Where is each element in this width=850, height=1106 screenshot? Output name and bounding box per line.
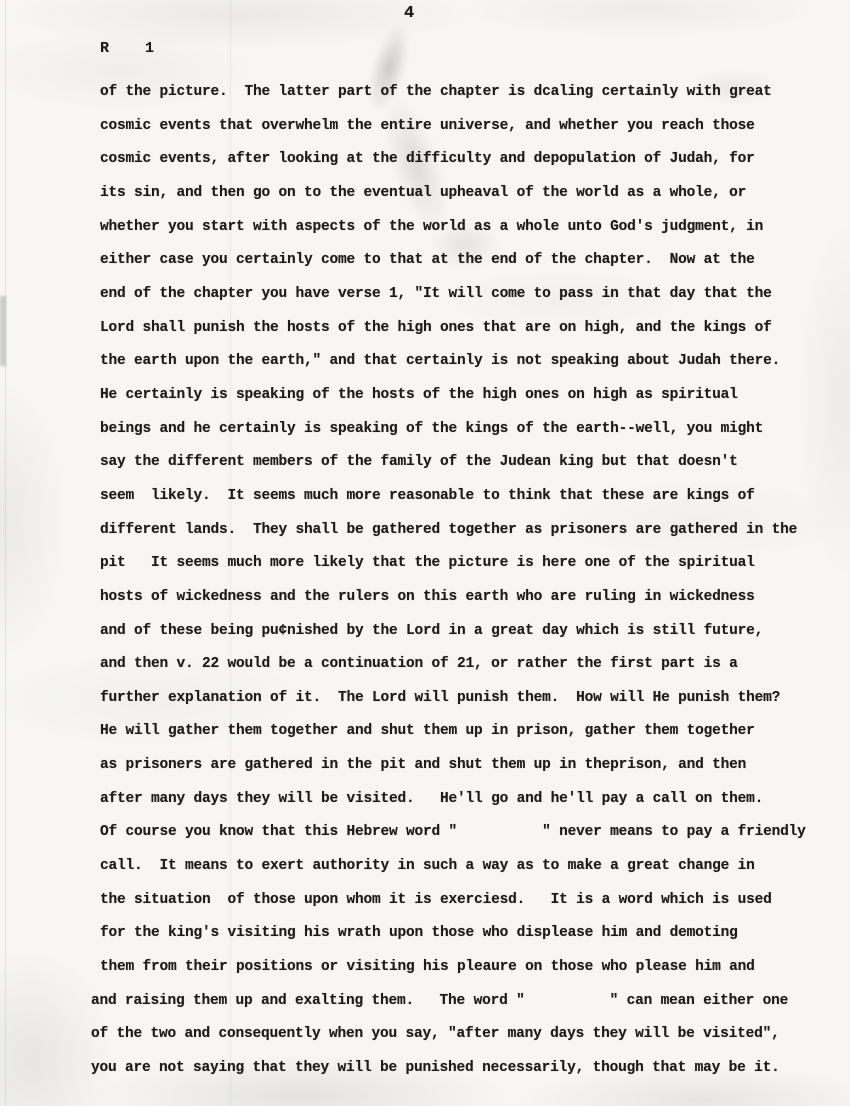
text-line: of the picture. The latter part of the c… — [100, 76, 840, 110]
typescript-header: R 1 — [100, 40, 154, 57]
document-body: of the picture. The latter part of the c… — [100, 76, 840, 1086]
text-line: end of the chapter you have verse 1, "It… — [100, 278, 840, 312]
text-line: seem likely. It seems much more reasonab… — [100, 480, 840, 514]
text-line: after many days they will be visited. He… — [100, 783, 840, 817]
edge-mark — [0, 296, 6, 366]
scan-artifact-line — [5, 0, 6, 1106]
text-line: pit It seems much more likely that the p… — [100, 547, 840, 581]
text-line: for the king's visiting his wrath upon t… — [100, 917, 840, 951]
text-line: call. It means to exert authority in suc… — [100, 850, 840, 884]
text-line: different lands. They shall be gathered … — [100, 514, 840, 548]
text-line: the earth upon the earth," and that cert… — [100, 345, 840, 379]
text-line: and raising them up and exalting them. T… — [91, 985, 840, 1019]
text-line: of the two and consequently when you say… — [91, 1018, 840, 1052]
text-line: them from their positions or visiting hi… — [100, 951, 840, 985]
text-line: cosmic events, after looking at the diff… — [100, 143, 840, 177]
text-line: He will gather them together and shut th… — [100, 715, 840, 749]
text-line: Of course you know that this Hebrew word… — [100, 816, 840, 850]
text-line: Lord shall punish the hosts of the high … — [100, 312, 840, 346]
text-line: the situation of those upon whom it is e… — [100, 884, 840, 918]
text-line: further explanation of it. The Lord will… — [100, 682, 840, 716]
text-line: cosmic events that overwhelm the entire … — [100, 110, 840, 144]
text-line: as prisoners are gathered in the pit and… — [100, 749, 840, 783]
text-line: and then v. 22 would be a continuation o… — [100, 648, 840, 682]
text-line: its sin, and then go on to the eventual … — [100, 177, 840, 211]
document-page: 4 R 1 of the picture. The latter part of… — [0, 0, 850, 1106]
text-line: hosts of wickedness and the rulers on th… — [100, 581, 840, 615]
text-line: say the different members of the family … — [100, 446, 840, 480]
text-line: you are not saying that they will be pun… — [91, 1052, 840, 1086]
text-line: and of these being pu¢nished by the Lord… — [100, 615, 840, 649]
page-number: 4 — [404, 4, 414, 23]
text-line: beings and he certainly is speaking of t… — [100, 413, 840, 447]
text-line: either case you certainly come to that a… — [100, 244, 840, 278]
text-line: He certainly is speaking of the hosts of… — [100, 379, 840, 413]
text-line: whether you start with aspects of the wo… — [100, 211, 840, 245]
